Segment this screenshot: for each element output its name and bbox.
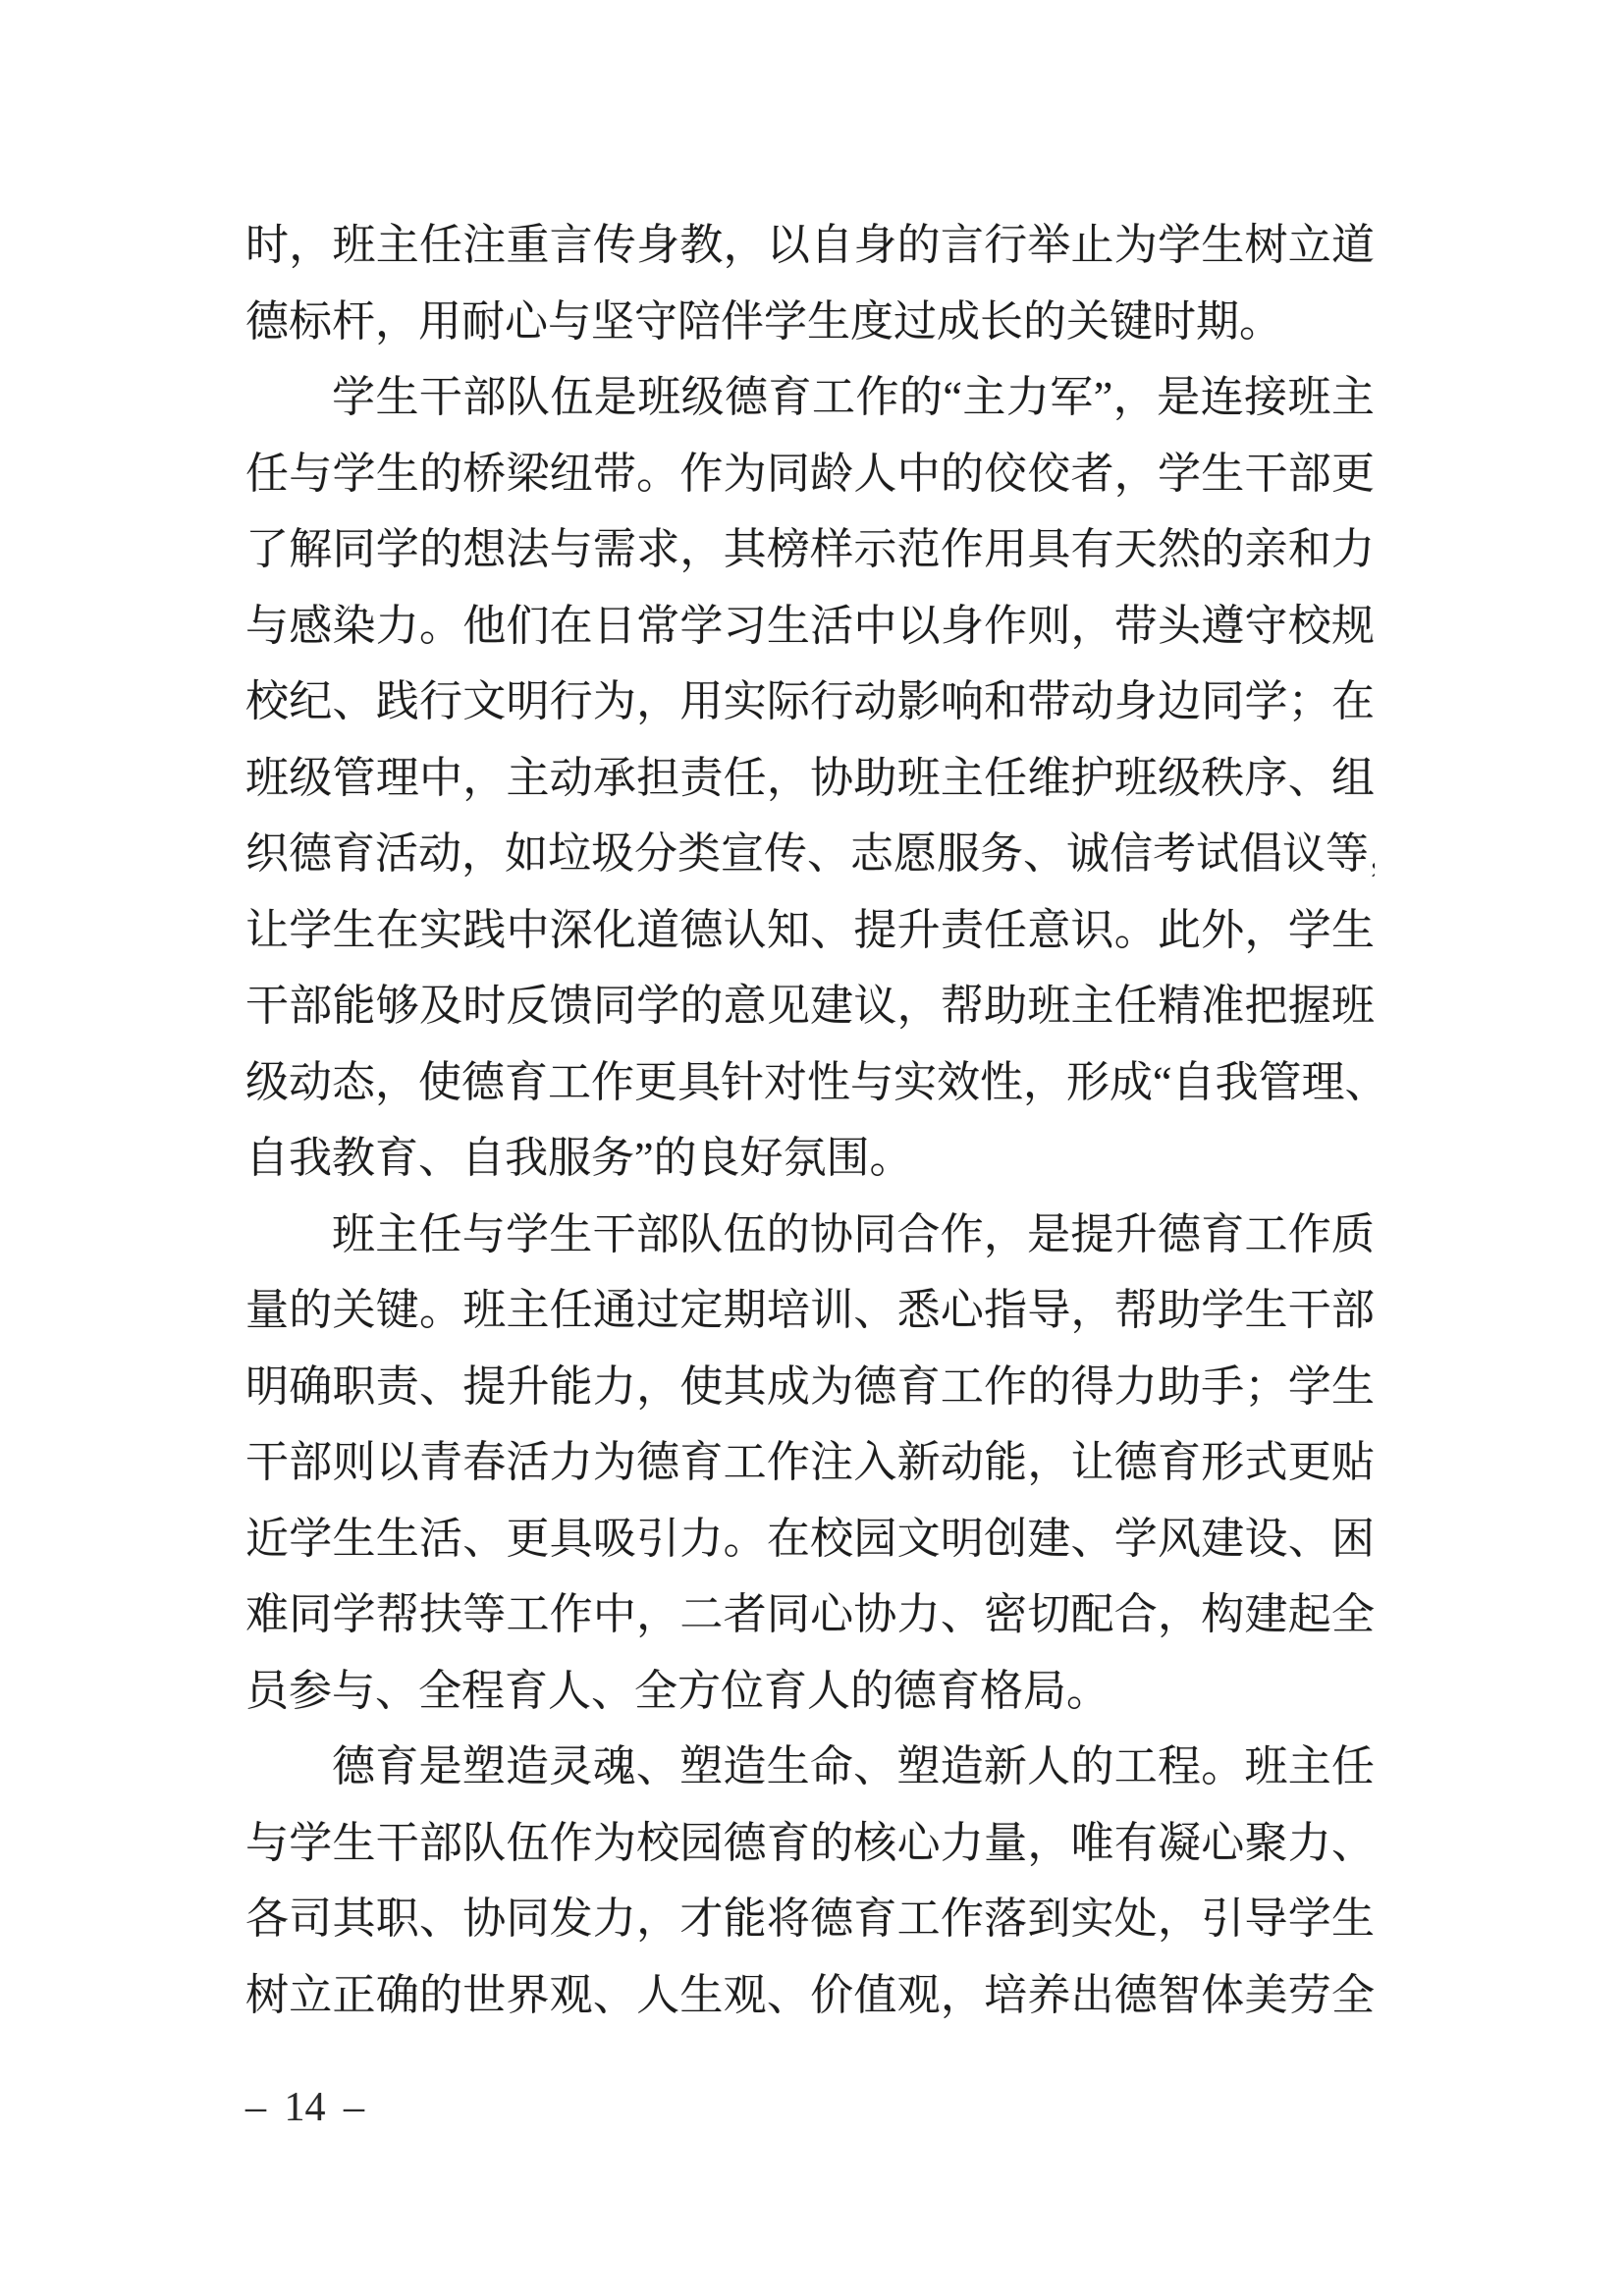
text-line: 难同学帮扶等工作中，二者同心协力、密切配合，构建起全: [245, 1576, 1375, 1653]
text-line: 德育是塑造灵魂、塑造生命、塑造新人的工程。班主任: [245, 1729, 1375, 1805]
text-line: 班主任与学生干部队伍的协同合作，是提升德育工作质: [245, 1197, 1375, 1273]
text-line: 量的关键。班主任通过定期培训、悉心指导，帮助学生干部: [245, 1272, 1375, 1349]
text-line: 德标杆，用耐心与坚守陪伴学生度过成长的关键时期。: [245, 284, 1375, 360]
text-line: 员参与、全程育人、全方位育人的德育格局。: [245, 1653, 1375, 1730]
document-page: 时，班主任注重言传身教，以自身的言行举止为学生树立道德标杆，用耐心与坚守陪伴学生…: [0, 0, 1624, 2296]
text-line: 校纪、践行文明行为，用实际行动影响和带动身边同学；在: [245, 664, 1375, 740]
text-line: 让学生在实践中深化道德认知、提升责任意识。此外，学生: [245, 892, 1375, 969]
text-line: 与学生干部队伍作为校园德育的核心力量，唯有凝心聚力、: [245, 1805, 1375, 1882]
text-line: 了解同学的想法与需求，其榜样示范作用具有天然的亲和力: [245, 511, 1375, 588]
text-line: 任与学生的桥梁纽带。作为同龄人中的佼佼者，学生干部更: [245, 436, 1375, 512]
text-line: 织德育活动，如垃圾分类宣传、志愿服务、诚信考试倡议等，: [245, 816, 1375, 892]
text-line: 自我教育、自我服务”的良好氛围。: [245, 1120, 1375, 1197]
text-line: 与感染力。他们在日常学习生活中以身作则，带头遵守校规: [245, 588, 1375, 665]
text-line: 班级管理中，主动承担责任，协助班主任维护班级秩序、组: [245, 740, 1375, 817]
text-line: 树立正确的世界观、人生观、价值观，培养出德智体美劳全: [245, 1957, 1375, 2034]
text-line: 干部能够及时反馈同学的意见建议，帮助班主任精准把握班: [245, 968, 1375, 1044]
body-text: 时，班主任注重言传身教，以自身的言行举止为学生树立道德标杆，用耐心与坚守陪伴学生…: [245, 207, 1375, 2033]
page-number: – 14 –: [245, 2087, 364, 2128]
text-line: 学生干部队伍是班级德育工作的“主力军”，是连接班主: [245, 359, 1375, 436]
text-line: 时，班主任注重言传身教，以自身的言行举止为学生树立道: [245, 207, 1375, 284]
text-line: 明确职责、提升能力，使其成为德育工作的得力助手；学生: [245, 1349, 1375, 1425]
text-line: 级动态，使德育工作更具针对性与实效性，形成“自我管理、: [245, 1044, 1375, 1121]
text-line: 近学生生活、更具吸引力。在校园文明创建、学风建设、困: [245, 1501, 1375, 1577]
text-line: 各司其职、协同发力，才能将德育工作落到实处，引导学生: [245, 1881, 1375, 1957]
text-line: 干部则以青春活力为德育工作注入新动能，让德育形式更贴: [245, 1424, 1375, 1501]
